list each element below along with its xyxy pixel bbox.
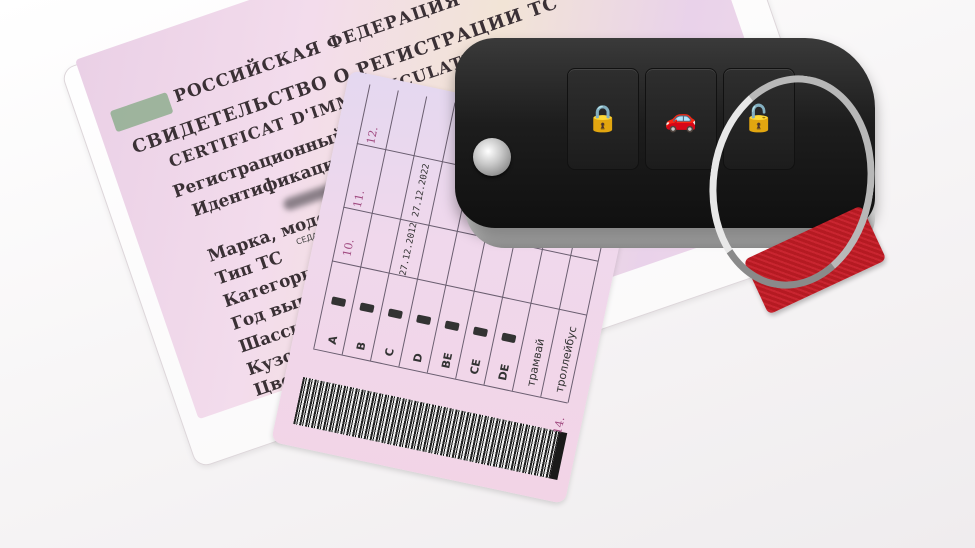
category-de: DE	[496, 363, 506, 381]
category-tram: трамвай	[524, 337, 541, 386]
lock-button[interactable]: 🔒	[567, 68, 639, 170]
car-trailer-icon	[444, 320, 459, 331]
category-ce: CE	[468, 358, 478, 375]
car-icon	[359, 302, 374, 313]
trunk-button[interactable]: 🚗	[645, 68, 717, 170]
issue-date: 27.12.2012	[399, 222, 420, 277]
category-be: BE	[439, 351, 449, 368]
category-a: A	[326, 335, 335, 345]
category-trolleybus: троллейбус	[553, 325, 574, 392]
expiry-date: 27.12.2022	[411, 163, 432, 218]
category-c: C	[382, 347, 391, 356]
bus-trailer-icon	[501, 332, 516, 343]
category-d: D	[411, 352, 420, 362]
trunk-car-icon: 🚗	[665, 104, 697, 134]
photo-scene: РОССИЙСКАЯ ФЕДЕРАЦИЯ СВИДЕТЕЛЬСТВО О РЕГ…	[0, 0, 975, 548]
lock-icon: 🔒	[587, 104, 619, 134]
label-10: 10.	[340, 238, 356, 258]
category-b: B	[354, 341, 363, 351]
key-release-button[interactable]	[473, 138, 511, 176]
truck-icon	[388, 308, 403, 319]
bus-icon	[416, 314, 431, 325]
truck-trailer-icon	[473, 326, 488, 337]
motorcycle-icon	[331, 296, 346, 307]
label-12: 12.	[364, 125, 380, 145]
label-11: 11.	[351, 189, 367, 209]
